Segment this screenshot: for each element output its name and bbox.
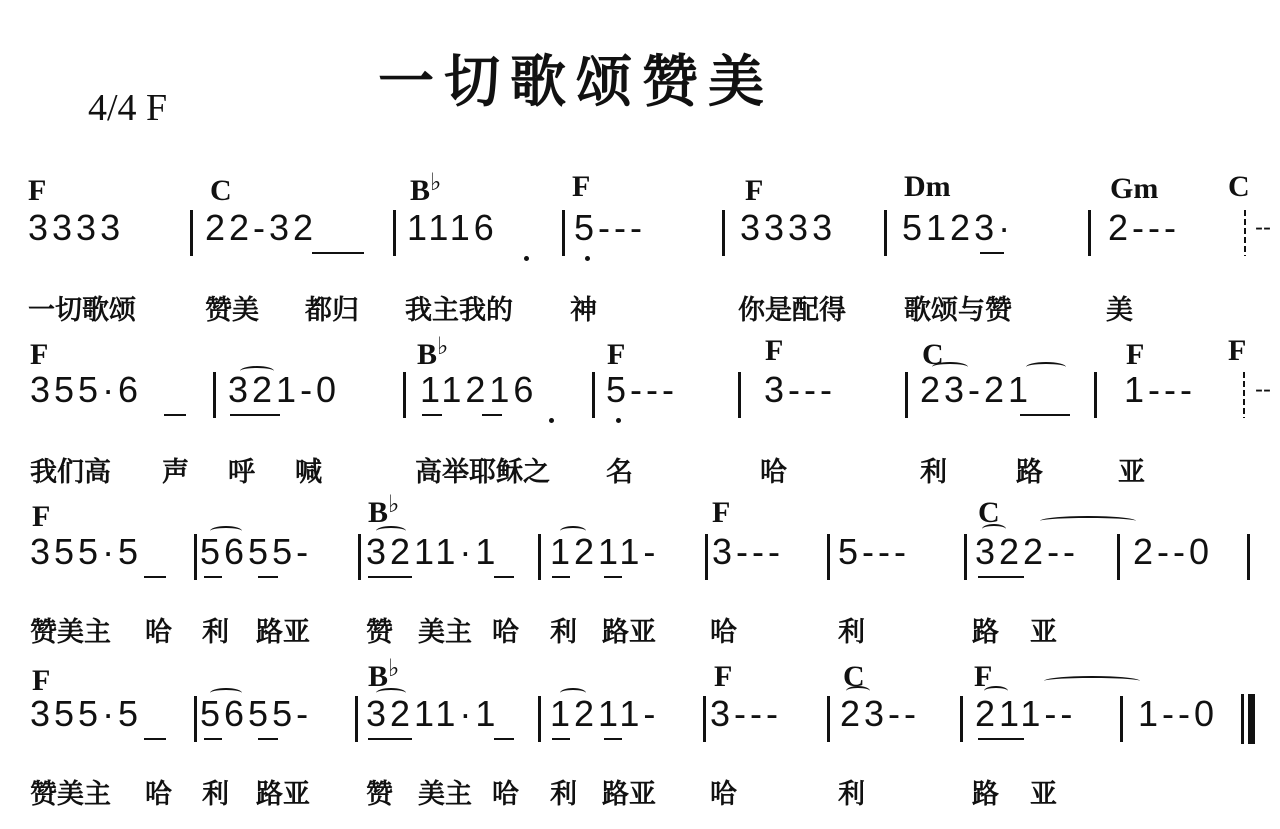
slur bbox=[984, 686, 1008, 696]
barline bbox=[964, 534, 967, 580]
measure: 355·5 bbox=[30, 694, 142, 734]
lyric: 利 bbox=[920, 458, 947, 488]
eighth-underline bbox=[494, 576, 514, 578]
lyric: 哈 bbox=[145, 780, 172, 810]
barline-dashed bbox=[1244, 210, 1246, 256]
eighth-underline bbox=[980, 252, 1004, 254]
lyric: 我们高 bbox=[30, 458, 111, 488]
eighth-underline bbox=[604, 738, 622, 740]
slur bbox=[560, 688, 586, 698]
lyric: 赞美 bbox=[205, 296, 259, 326]
chord-label: Gm bbox=[1110, 174, 1158, 204]
measure: 23-21 bbox=[920, 370, 1032, 410]
chord-label: F bbox=[28, 176, 46, 206]
barline-dashed bbox=[1243, 372, 1245, 418]
chord-label: F bbox=[1126, 340, 1144, 370]
eighth-underline bbox=[368, 738, 412, 740]
eighth-underline bbox=[494, 738, 514, 740]
barline bbox=[403, 372, 406, 418]
slur bbox=[240, 366, 274, 376]
continuation-dash: -- bbox=[1255, 214, 1271, 242]
measure: 2--- bbox=[1108, 208, 1180, 248]
eighth-underline bbox=[204, 738, 222, 740]
chord-label: F bbox=[32, 666, 50, 696]
lyric: 利 bbox=[838, 780, 865, 810]
chord-label: F bbox=[714, 662, 732, 692]
barline bbox=[1120, 696, 1123, 742]
lyric: 声 bbox=[162, 458, 189, 488]
chord-label: F bbox=[572, 172, 590, 202]
barline bbox=[393, 210, 396, 256]
eighth-underline bbox=[258, 738, 278, 740]
lyric: 赞 bbox=[366, 618, 393, 648]
flat-sign: ♭ bbox=[430, 170, 441, 196]
slur bbox=[846, 686, 870, 696]
slur bbox=[210, 526, 242, 536]
barline bbox=[358, 534, 361, 580]
barline bbox=[1247, 534, 1250, 580]
system-2: F B♭ F F C F F 355·6 321-0 11216 5--- 3-… bbox=[0, 336, 1280, 496]
eighth-underline bbox=[552, 576, 570, 578]
time-and-key-signature: 4/4 F bbox=[88, 86, 167, 130]
slur bbox=[560, 526, 586, 536]
measure: 3--- bbox=[712, 532, 784, 572]
lyric: 路 bbox=[1016, 458, 1043, 488]
lyric: 利 bbox=[550, 780, 577, 810]
measure: 5--- bbox=[838, 532, 910, 572]
barline bbox=[905, 372, 908, 418]
chord-label: F bbox=[30, 340, 48, 370]
chord-label: F bbox=[32, 502, 50, 532]
barline bbox=[538, 534, 541, 580]
lyric: 路亚 bbox=[602, 618, 656, 648]
lyric: 路亚 bbox=[602, 780, 656, 810]
low-octave-dot bbox=[616, 418, 621, 423]
eighth-underline bbox=[604, 576, 622, 578]
lyric: 赞美主 bbox=[30, 618, 111, 648]
chord-label: B♭ bbox=[417, 340, 448, 372]
eighth-underline bbox=[164, 414, 186, 416]
chord-label: B♭ bbox=[410, 176, 441, 208]
eighth-underline bbox=[482, 414, 502, 416]
measure: 3211·1 bbox=[366, 694, 499, 734]
lyric: 路亚 bbox=[256, 618, 310, 648]
lyric: 利 bbox=[550, 618, 577, 648]
final-barline-thick bbox=[1248, 694, 1255, 744]
lyric: 名 bbox=[606, 458, 633, 488]
lyric: 美主 bbox=[418, 618, 472, 648]
barline bbox=[355, 696, 358, 742]
song-title: 一切歌颂赞美 bbox=[378, 38, 774, 118]
barline bbox=[194, 696, 197, 742]
measure: 1211- bbox=[550, 694, 659, 734]
barline bbox=[538, 696, 541, 742]
lyric: 神 bbox=[570, 296, 597, 326]
eighth-underline bbox=[230, 414, 280, 416]
lyric: 一切歌颂 bbox=[28, 296, 136, 326]
eighth-underline bbox=[204, 576, 222, 578]
measure: 5655- bbox=[200, 532, 312, 572]
barline bbox=[722, 210, 725, 256]
lyric: 美主 bbox=[418, 780, 472, 810]
slur bbox=[1026, 362, 1066, 372]
barline bbox=[562, 210, 565, 256]
lyric: 利 bbox=[838, 618, 865, 648]
slur bbox=[376, 526, 406, 536]
measure: 22-32 bbox=[205, 208, 317, 248]
lyric: 哈 bbox=[710, 780, 737, 810]
measure: 1116 bbox=[407, 208, 498, 248]
flat-sign: ♭ bbox=[388, 656, 399, 682]
measure: 5655- bbox=[200, 694, 312, 734]
barline bbox=[827, 696, 830, 742]
eighth-underline bbox=[978, 576, 1024, 578]
barline bbox=[827, 534, 830, 580]
lyric: 呼 bbox=[228, 458, 255, 488]
barline bbox=[194, 534, 197, 580]
lyric: 赞 bbox=[366, 780, 393, 810]
measure: 355·6 bbox=[30, 370, 142, 410]
barline bbox=[190, 210, 193, 256]
lyric: 亚 bbox=[1118, 458, 1145, 488]
slur bbox=[1044, 676, 1140, 686]
barline bbox=[960, 696, 963, 742]
lyric: 路 bbox=[972, 618, 999, 648]
slur bbox=[210, 688, 242, 698]
final-barline-thin bbox=[1241, 694, 1244, 744]
flat-sign: ♭ bbox=[388, 492, 399, 518]
slur bbox=[982, 524, 1006, 534]
continuation-dash: -- bbox=[1255, 376, 1271, 404]
lyric: 路亚 bbox=[256, 780, 310, 810]
lyric: 歌颂与赞 bbox=[904, 296, 1012, 326]
measure: 355·5 bbox=[30, 532, 142, 572]
lyric: 高举耶稣之 bbox=[415, 458, 550, 488]
lyric: 喊 bbox=[295, 458, 322, 488]
low-octave-dot bbox=[524, 256, 529, 261]
eighth-underline bbox=[422, 414, 442, 416]
chord-label: F bbox=[607, 340, 625, 370]
measure: 3211·1 bbox=[366, 532, 499, 572]
lyric: 哈 bbox=[760, 458, 787, 488]
measure: 3--- bbox=[710, 694, 782, 734]
chord-label: C bbox=[210, 176, 232, 206]
lyric: 赞美主 bbox=[30, 780, 111, 810]
lyric: 哈 bbox=[145, 618, 172, 648]
low-octave-dot bbox=[549, 418, 554, 423]
barline bbox=[1117, 534, 1120, 580]
lyric: 亚 bbox=[1030, 618, 1057, 648]
measure: 211-- bbox=[975, 694, 1076, 734]
eighth-underline bbox=[368, 576, 412, 578]
measure: 3333 bbox=[740, 208, 836, 248]
measure: 5--- bbox=[574, 208, 646, 248]
barline bbox=[213, 372, 216, 418]
lyric: 美 bbox=[1106, 296, 1133, 326]
lyric: 我主我的 bbox=[405, 296, 513, 326]
barline bbox=[1094, 372, 1097, 418]
chord-label: F bbox=[1228, 336, 1246, 366]
lyric: 利 bbox=[202, 618, 229, 648]
slur bbox=[1040, 516, 1136, 526]
eighth-underline bbox=[312, 252, 364, 254]
eighth-underline bbox=[1020, 414, 1070, 416]
lyric: 哈 bbox=[492, 618, 519, 648]
measure: 23-- bbox=[840, 694, 920, 734]
lyric: 亚 bbox=[1030, 780, 1057, 810]
measure: 321-0 bbox=[228, 370, 340, 410]
barline bbox=[1088, 210, 1091, 256]
eighth-underline bbox=[144, 738, 166, 740]
chord-label: C bbox=[1228, 172, 1250, 202]
chord-label: F bbox=[712, 498, 730, 528]
lyric: 都归 bbox=[305, 296, 359, 326]
chord-label: F bbox=[765, 336, 783, 366]
slur bbox=[932, 362, 968, 372]
eighth-underline bbox=[258, 576, 278, 578]
system-3: F B♭ F C 355·5 5655- 3211·1 1211- 3--- 5… bbox=[0, 498, 1280, 658]
barline bbox=[703, 696, 706, 742]
eighth-underline bbox=[978, 738, 1024, 740]
measure: 1--- bbox=[1124, 370, 1196, 410]
lyric: 利 bbox=[202, 780, 229, 810]
system-1: F C B♭ F F Dm Gm C 3333 22-32 1116 5--- … bbox=[0, 168, 1280, 328]
low-octave-dot bbox=[585, 256, 590, 261]
lyric: 哈 bbox=[492, 780, 519, 810]
measure: 322-- bbox=[975, 532, 1079, 572]
barline bbox=[738, 372, 741, 418]
lyric: 你是配得 bbox=[738, 296, 846, 326]
measure: 3333 bbox=[28, 208, 124, 248]
slur bbox=[376, 688, 406, 698]
measure: 11216 bbox=[420, 370, 537, 410]
eighth-underline bbox=[552, 738, 570, 740]
measure: 1211- bbox=[550, 532, 659, 572]
barline bbox=[884, 210, 887, 256]
lyric: 哈 bbox=[710, 618, 737, 648]
measure: 3--- bbox=[764, 370, 836, 410]
barline bbox=[705, 534, 708, 580]
lyric: 路 bbox=[972, 780, 999, 810]
measure: 5--- bbox=[606, 370, 678, 410]
measure: 5123· bbox=[902, 208, 1014, 248]
measure: 1--0 bbox=[1138, 694, 1218, 734]
flat-sign: ♭ bbox=[437, 334, 448, 360]
measure: 2--0 bbox=[1133, 532, 1213, 572]
system-4: F B♭ F C F 355·5 5655- 3211·1 1211- 3---… bbox=[0, 662, 1280, 822]
chord-label: F bbox=[745, 176, 763, 206]
eighth-underline bbox=[144, 576, 166, 578]
chord-label: Dm bbox=[904, 172, 951, 202]
barline bbox=[592, 372, 595, 418]
